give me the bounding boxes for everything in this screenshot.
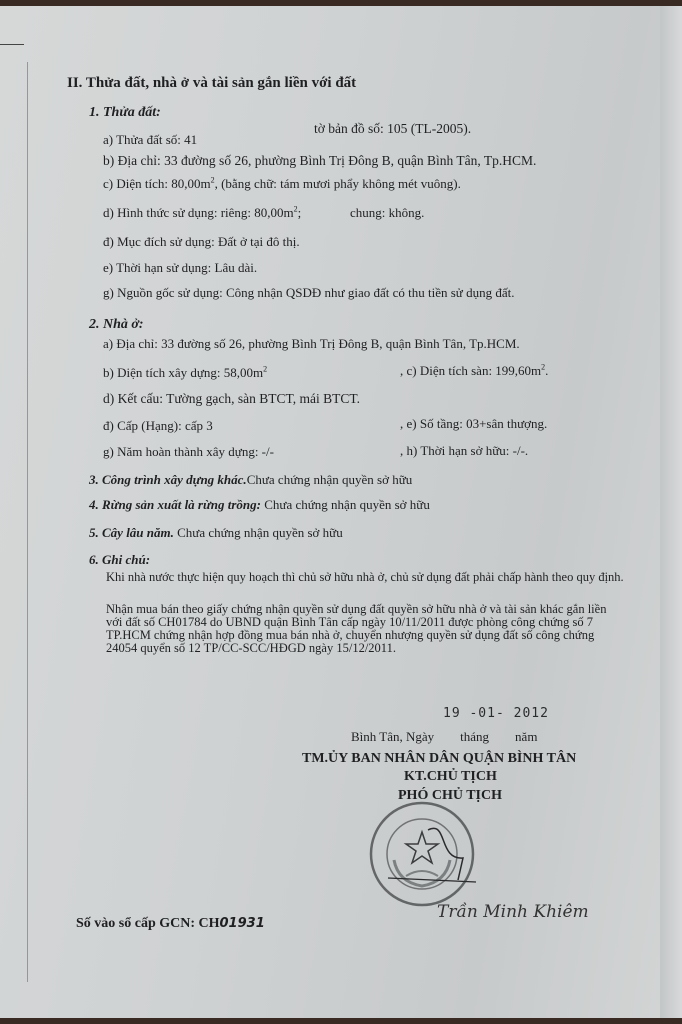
issuing-authority: TM.ỦY BAN NHÂN DÂN QUẬN BÌNH TÂN [302, 751, 576, 767]
land-purpose: đ) Mục đích sử dụng: Đất ở tại đô thị. [103, 234, 300, 250]
house-heading: 2. Nhà ở: [89, 317, 144, 333]
place-date-line: Bình Tân, Ngày tháng năm [351, 729, 537, 745]
land-term: e) Thời hạn sử dụng: Lâu dài. [103, 260, 257, 276]
stamped-date: 19 -01- 2012 [443, 706, 549, 722]
house-structure: d) Kết cấu: Tường gạch, sàn BTCT, mái BT… [103, 391, 360, 407]
signer-name: Trần Minh Khiêm [437, 904, 589, 920]
margin-line [27, 62, 28, 982]
perennial-trees-label: 5. Cây lâu năm. [89, 525, 174, 540]
planted-forest: 4. Rừng sản xuất là rừng trồng: Chưa chứ… [89, 497, 430, 513]
house-floors: , e) Số tầng: 03+sân thượng. [400, 416, 547, 432]
registry-label: Số vào sổ cấp GCN: CH [76, 916, 220, 931]
land-address: b) Địa chỉ: 33 đường số 26, phường Bình … [103, 153, 536, 169]
house-floor-area: , c) Diện tích sàn: 199,60m2. [400, 363, 548, 379]
signer-role-1: KT.CHỦ TỊCH [404, 769, 497, 785]
planted-forest-label: 4. Rừng sản xuất là rừng trồng: [89, 497, 261, 512]
note-transfer: Nhận mua bán theo giấy chứng nhận quyền … [106, 603, 618, 655]
house-address: a) Địa chỉ: 33 đường số 26, phường Bình … [103, 336, 520, 352]
land-origin: g) Nguồn gốc sử dụng: Công nhận QSDĐ như… [103, 285, 514, 301]
superscript: 2 [263, 365, 267, 374]
house-building-area: b) Diện tích xây dựng: 58,00m2 [103, 365, 267, 381]
perennial-trees-value: Chưa chứng nhận quyền sở hữu [177, 525, 343, 540]
notes-heading: 6. Ghi chú: [89, 552, 150, 568]
registry-handwritten-number: 01931 [220, 916, 265, 931]
land-parcel-number: a) Thửa đất số: 41 [103, 132, 197, 148]
section-title: II. Thửa đất, nhà ở và tài sản gắn liền … [67, 75, 356, 91]
house-grade: đ) Cấp (Hạng): cấp 3 [103, 418, 213, 434]
registry-number: Số vào sổ cấp GCN: CH01931 [76, 916, 265, 932]
official-seal-icon [368, 800, 476, 908]
land-area-words: , (bằng chữ: tám mươi phẩy không mét vuô… [215, 176, 461, 191]
land-map-sheet: tờ bản đồ số: 105 (TL-2005). [314, 121, 471, 137]
note-planning: Khi nhà nước thực hiện quy hoạch thì chủ… [106, 571, 646, 584]
planted-forest-value: Chưa chứng nhận quyền sở hữu [264, 497, 430, 512]
house-completion-year: g) Năm hoàn thành xây dựng: -/- [103, 444, 274, 460]
land-area: c) Diện tích: 80,00m2, (bằng chữ: tám mư… [103, 176, 461, 192]
separator: . [545, 363, 548, 378]
page-fold-strip [660, 6, 682, 1018]
house-ownership-term: , h) Thời hạn sở hữu: -/-. [400, 443, 528, 459]
land-heading: 1. Thửa đất: [89, 105, 161, 121]
other-works-label: 3. Công trình xây dựng khác. [89, 472, 247, 487]
land-private-area: d) Hình thức sử dụng: riêng: 80,00m [103, 205, 294, 220]
other-works: 3. Công trình xây dựng khác.Chưa chứng n… [89, 472, 412, 488]
building-area-value: b) Diện tích xây dựng: 58,00m [103, 365, 263, 380]
perennial-trees: 5. Cây lâu năm. Chưa chứng nhận quyền sở… [89, 525, 343, 541]
land-area-value: c) Diện tích: 80,00m [103, 176, 211, 191]
fold-mark [0, 44, 24, 45]
land-usage-form: d) Hình thức sử dụng: riêng: 80,00m2; [103, 205, 301, 221]
separator: ; [298, 205, 302, 220]
land-shared-area: chung: không. [350, 205, 424, 221]
floor-area-value: , c) Diện tích sàn: 199,60m [400, 363, 541, 378]
other-works-value: Chưa chứng nhận quyền sở hữu [247, 472, 413, 487]
